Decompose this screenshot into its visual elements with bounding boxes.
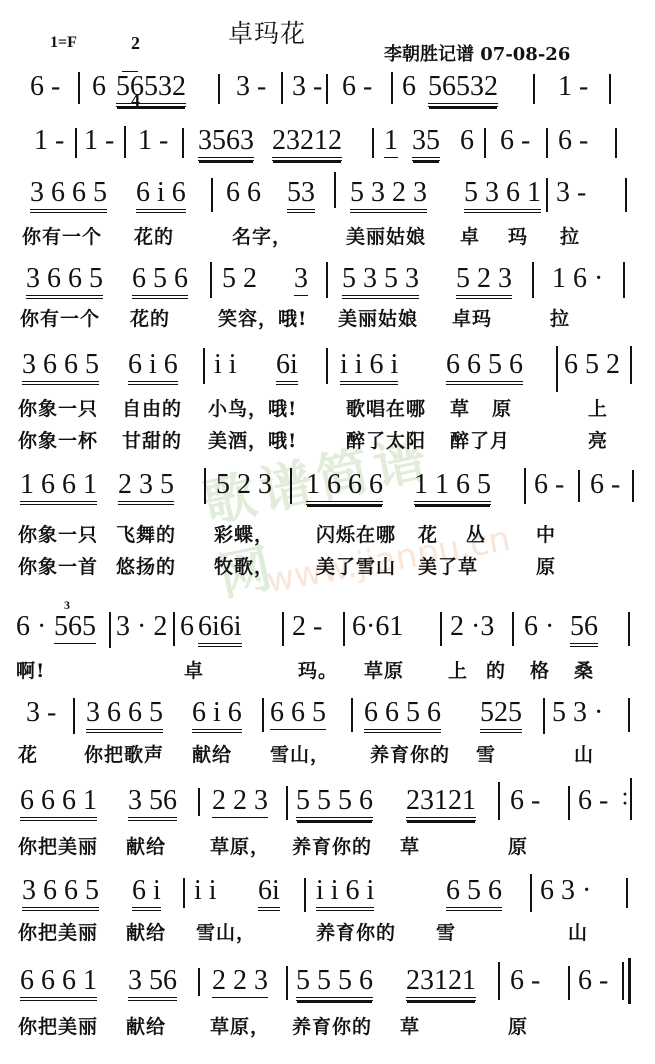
note-group: 6 i [132,876,161,911]
lyric: 献给 [126,922,166,944]
note-group: 1 6 6 1 [20,470,97,505]
note-group: 3 56 [128,966,177,1001]
note-group: 5 2 3 [456,264,512,299]
note-group: 3 - [292,72,322,102]
bar-line [211,178,213,212]
lyric: 草原， [210,1016,270,1038]
note-group: 1 1 6 5 [414,470,491,505]
note-group: 5 3 6 1 [464,178,541,213]
lyric: 格 [530,660,550,682]
note-group: 6 6 6 1 [20,786,97,821]
bar-line [290,468,292,504]
bar-line [533,74,535,104]
lyric: 自由的 [122,398,182,420]
lyric-verse-2: 你象一首 [18,556,98,578]
lyric: 雪 [436,922,456,944]
bar-line [210,262,212,298]
lyric: 闪烁在哪 [316,524,396,546]
lyric: 花的 [130,308,170,330]
lyric: 的 [486,660,506,682]
lyric: 原 [508,836,528,858]
note-group: 5 5 5 6 [296,966,373,1001]
lyric: 原 [492,398,512,420]
note-group: 3 · 2 [116,612,167,642]
note-group: 1 - [558,72,588,102]
lyric: 养育你的 [292,1016,372,1038]
lyric-verse-2: 牧歌， [214,556,274,578]
lyric: 养育你的 [316,922,396,944]
lyric: 美丽姑娘 [346,226,426,248]
lyric: 养育你的 [370,744,450,766]
note-group: i i 6 i [340,350,398,385]
lyric: 名字， [232,226,292,248]
bar-line [630,346,632,384]
lyric-verse-2: 美酒，哦! [208,430,297,452]
note-group: 525 [480,698,522,733]
note-group: 6 - [510,966,540,996]
lyric: 草 [400,1016,420,1038]
note-group: 6 - [500,126,530,156]
bar-line [326,348,328,384]
note-group: 2 2 3 [212,966,268,998]
bar-line [203,348,205,384]
lyric: 小鸟，哦! [208,398,297,420]
lyric: 草 [400,836,420,858]
final-bar-line-thick [628,958,631,1004]
note-group: 2 3 5 [118,470,174,505]
lyric-verse-2: 醉了太阳 [346,430,426,452]
lyric: 飞舞的 [116,524,176,546]
note-group: 6 - [30,72,60,102]
lyric: 山 [574,744,594,766]
lyric: 美丽姑娘 [338,308,418,330]
bar-line [351,698,353,732]
note-group: 6i [276,350,298,385]
note-group: 3 - [26,698,56,728]
note-group: 3 [294,264,308,296]
final-bar-line-thin [622,962,624,1000]
note-group: 6 6 [226,178,261,208]
bar-line [498,962,500,1000]
bar-line [326,262,328,298]
lyric: 花的 [134,226,174,248]
bar-line [628,698,630,732]
bar-line [198,788,200,816]
note-group: 6 · [524,612,554,642]
lyric: 花 [418,524,438,546]
bar-line [568,966,570,1000]
lyric: 献给 [192,744,232,766]
lyric: 原 [508,1016,528,1038]
bar-line [198,968,200,996]
bar-line [75,128,77,158]
note-group: 5 3 2 3 [350,178,427,213]
bar-line [109,612,111,648]
lyric: 养育你的 [292,836,372,858]
bar-line [578,470,580,502]
bar-line [609,74,611,104]
note-group: 5 3 5 3 [342,264,419,299]
note-group: 6 6 5 6 [364,698,441,733]
bar-line [326,74,328,104]
lyric: 玛 [508,226,528,248]
note-group: 6 6 5 [270,698,326,730]
note-group: 6 i 6 [136,178,186,213]
lyric: 卓 [460,226,480,248]
bar-line [543,698,545,734]
note-group: 6i6i [198,612,242,647]
lyric: 你象一只 [18,398,98,420]
note-group: 3 6 6 5 [22,876,99,911]
note-group: 6 - [558,126,588,156]
note-group: 6 - [590,470,620,500]
lyric: 拉 [560,226,580,248]
lyric-verse-2: 美了草 [418,556,478,578]
lyric: 卓玛 [452,308,492,330]
lyric: 丛 [466,524,486,546]
lyric: 你象一只 [18,524,98,546]
bar-line [334,172,336,208]
note-group: 6 - [342,72,372,102]
note-group: 6 i 6 [192,698,242,733]
lyric: 你把美丽 [18,836,98,858]
lyric-verse-2: 悠扬的 [116,556,176,578]
lyric: 山 [568,922,588,944]
bar-line [282,612,284,646]
bar-line [512,612,514,646]
note-group: 1 6 · [552,264,603,294]
lyric: 啊! [16,660,45,682]
bar-line [182,128,184,158]
lyric: 彩蝶， [214,524,274,546]
transcriber-credit: 李朝胜记谱 07-08-26 [384,40,570,66]
note-group: 5 2 3 [216,470,272,500]
note-group: 6 5 6 [132,264,188,299]
note-group: 35 [412,126,440,161]
lyric: 你把美丽 [18,922,98,944]
bar-line [532,262,534,298]
bar-line [124,126,126,158]
lyric: 你把歌声 [84,744,164,766]
note-group: 6 · [16,612,46,642]
bar-line [568,786,570,820]
song-title: 卓玛花 [228,14,306,50]
note-group: 1 6 6 6 [306,470,383,505]
bar-line [78,72,80,104]
lyric-verse-2: 美了雪山 [316,556,396,578]
note-group: i i 6 i [316,876,374,911]
note-group: 565 [54,612,96,644]
lyric-verse-2: 你象一杯 [18,430,98,452]
note-group: 6 6 5 6 [446,350,523,385]
bar-line [262,698,264,732]
bar-line [615,128,617,158]
note-group: 2 2 3 [212,786,268,818]
bar-line [556,346,558,392]
note-group: 3563 [198,126,254,161]
bar-line [632,470,634,502]
lyric: 桑 [574,660,594,682]
lyric: 歌唱在哪 [346,398,426,420]
bar-line [626,878,628,908]
note-group: 6 - [534,470,564,500]
note-group: 6 - [578,966,608,996]
note-group: 3 6 6 5 [22,350,99,385]
note-group: 3 56 [128,786,177,821]
lyric: 笑容，哦! [218,308,307,330]
note-group: 2 ·3 [450,612,494,642]
bar-line [204,468,206,504]
note-group: 6 3 · [540,876,591,906]
note-group: 3 - [236,72,266,102]
bar-line [623,262,625,298]
lyric: 你有一个 [20,308,100,330]
bar-line [372,128,374,158]
bar-line [625,178,627,212]
note-group: 56532 [116,72,186,107]
note-group: 6 6 6 1 [20,966,97,1001]
note-group: 1 [384,126,398,158]
note-group: 3 6 6 5 [30,178,107,213]
bar-line [440,612,442,646]
lyric: 你把美丽 [18,1016,98,1038]
lyric: 雪 [476,744,496,766]
lyric-verse-2: 甘甜的 [122,430,182,452]
note-group: 6 - [578,786,608,816]
lyric: 花 [18,744,38,766]
note-group: 6 [402,72,416,102]
lyric: 上 [448,660,468,682]
bar-line [524,468,526,504]
note-group: 23121 [406,786,476,821]
key-signature: 1=F [50,34,77,52]
bar-line [183,878,185,908]
repeat-bar-line [630,778,632,820]
lyric-verse-2: 醉了月 [450,430,510,452]
note-group: 3 - [556,178,586,208]
note-group: 6i [258,876,280,911]
note-group: 5 3 · [552,698,603,728]
bar-line [286,786,288,820]
note-group: 6 5 6 [446,876,502,911]
lyric: 上 [588,398,608,420]
note-group: 1 - [34,126,64,156]
lyric: 雪山， [270,744,330,766]
note-group: i i [194,876,217,906]
bar-line [628,612,630,646]
lyric: 草原 [364,660,404,682]
bar-line [281,72,283,104]
note-group: 6 - [510,786,540,816]
lyric: 你有一个 [22,226,102,248]
lyric: 玛。 [298,660,338,682]
bar-line [304,878,306,912]
bar-line [173,612,175,646]
note-group: 5 5 5 6 [296,786,373,821]
lyric: 献给 [126,1016,166,1038]
note-group: 53 [287,178,315,213]
note-group: 6 [460,126,474,156]
bar-line [73,698,75,734]
lyric: 草 [450,398,470,420]
lyric: 拉 [550,308,570,330]
note-group: 56532 [428,72,498,107]
note-group: 6 [92,72,106,102]
time-signature-top: 2 [131,33,140,53]
bar-line [546,128,548,158]
note-group: 5 2 [222,264,257,294]
lyric: 中 [536,524,556,546]
note-group: 6·61 [352,612,403,642]
lyric: 献给 [126,836,166,858]
lyric-verse-2: 亮 [588,430,608,452]
repeat-dots: ·· [622,790,628,808]
bar-line [391,72,393,104]
note-group: 2 - [292,612,322,642]
note-group: 6 5 2 [564,350,620,380]
bar-line [484,128,486,158]
note-group: 1 - [84,126,114,156]
note-group: 6 [180,612,194,642]
bar-line [546,178,548,212]
bar-line [218,74,220,104]
note-group: 23212 [272,126,342,161]
bar-line [286,966,288,1000]
note-group: 3 6 6 5 [26,264,103,299]
bar-line [530,874,532,912]
note-group: 23121 [406,966,476,1001]
lyric-verse-2: 原 [536,556,556,578]
note-group: i i [214,350,237,380]
note-group: 6 i 6 [128,350,178,385]
bar-line [343,612,345,646]
bar-line [498,782,500,820]
note-group: 1 - [138,126,168,156]
lyric: 卓 [184,660,204,682]
note-group: 56 [570,612,598,647]
lyric: 雪山， [196,922,256,944]
lyric: 草原， [210,836,270,858]
note-group: 3 6 6 5 [86,698,163,733]
